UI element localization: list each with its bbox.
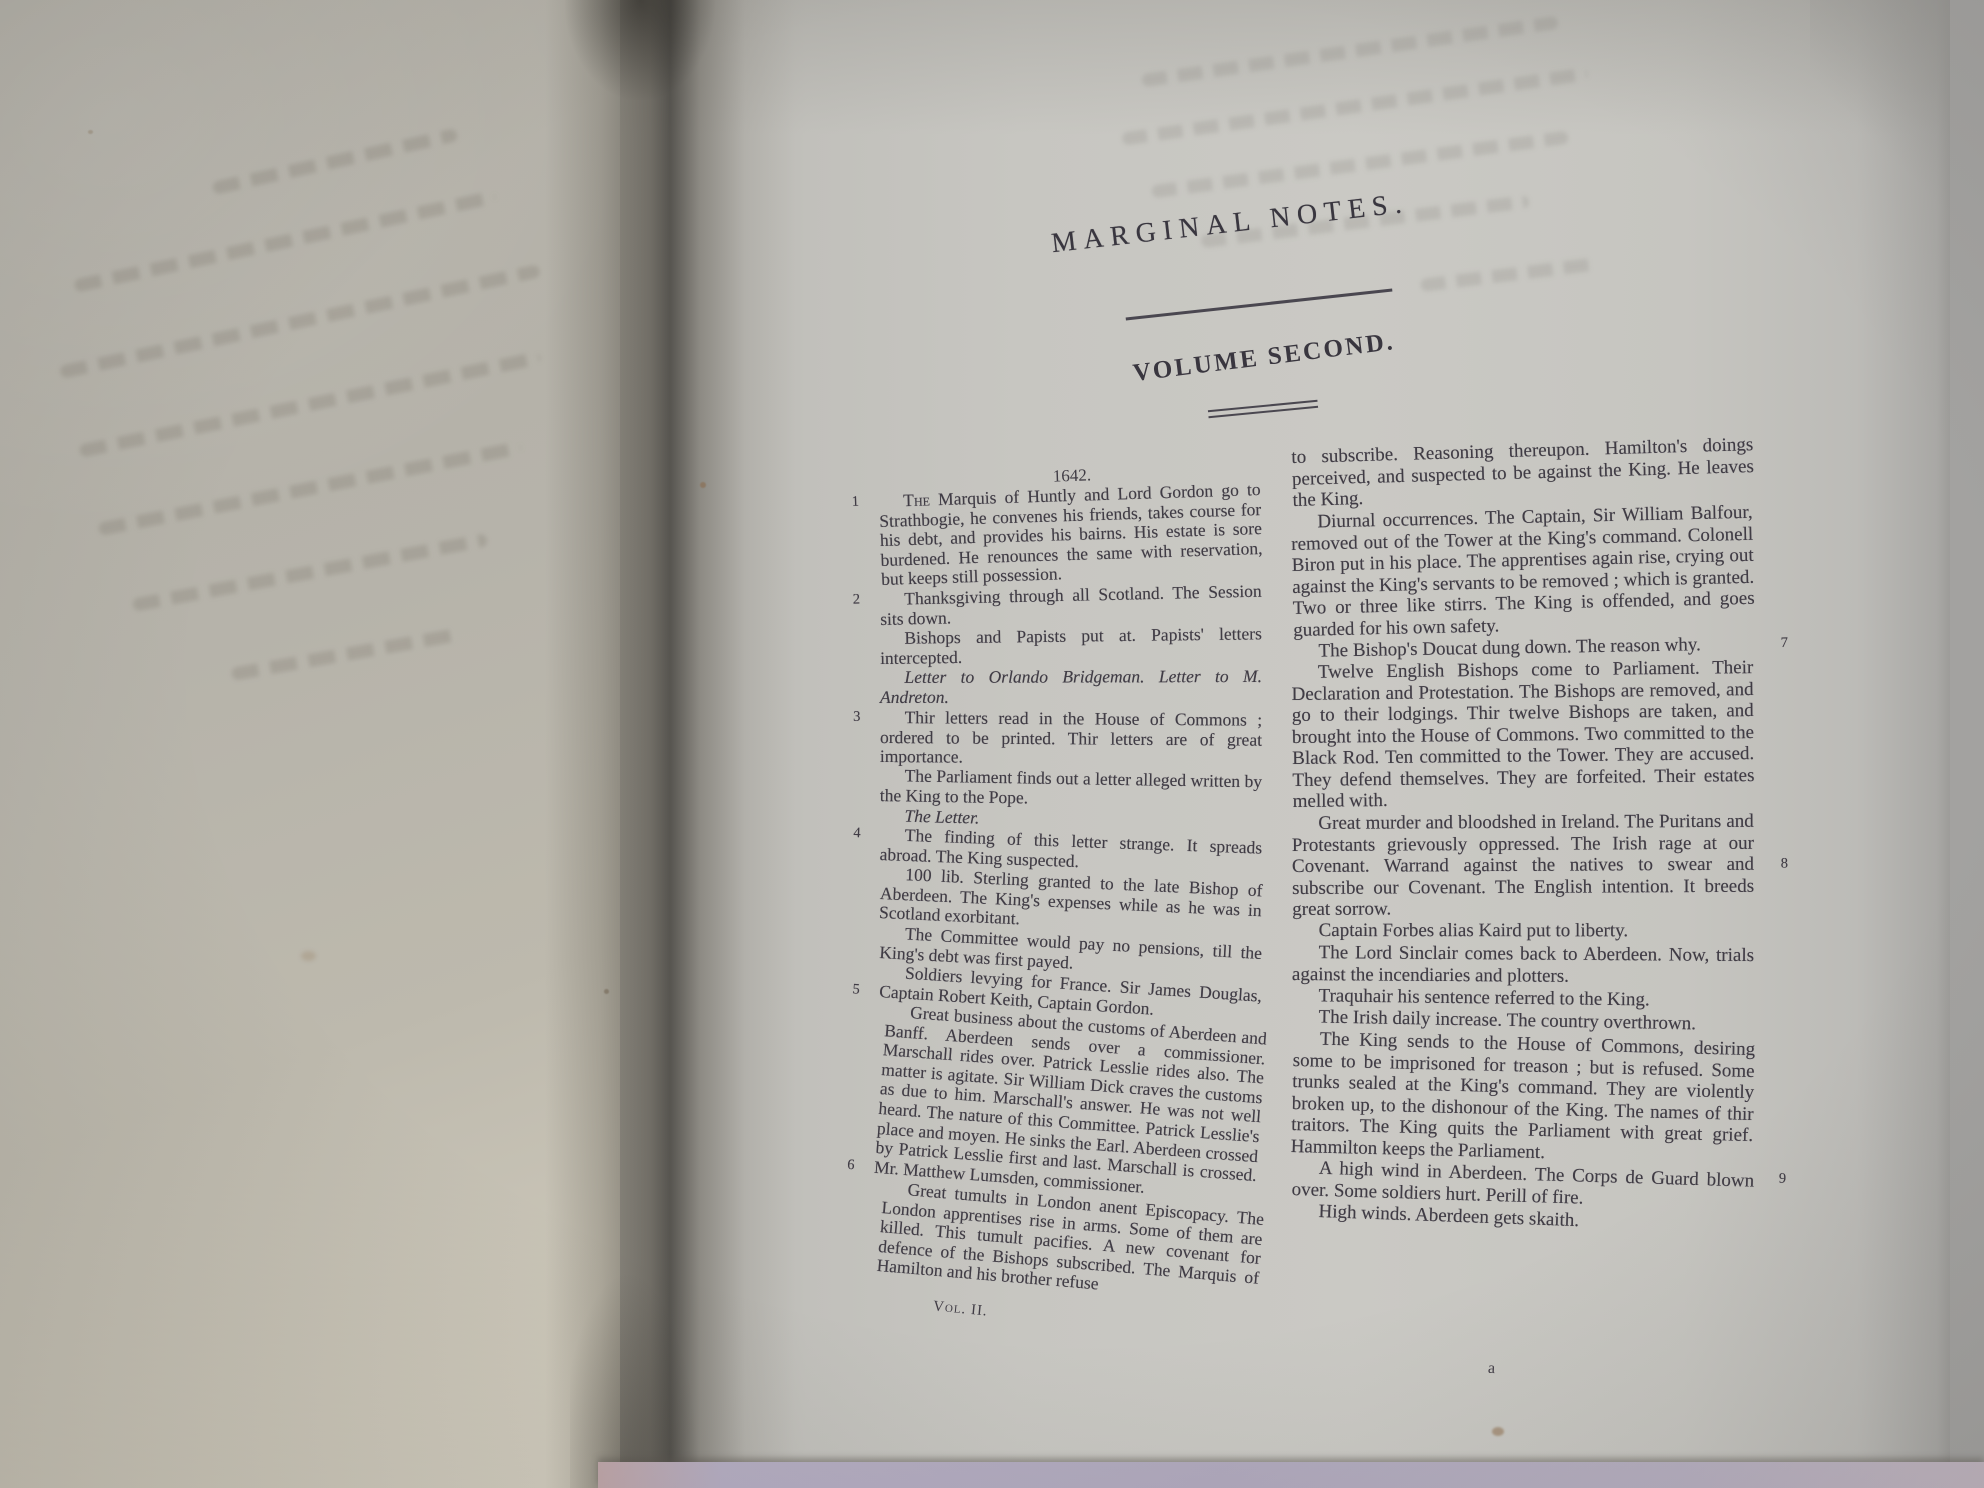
foxing-spot [301, 951, 316, 961]
note-paragraph: The Marquis of Huntly and Lord Gordon go… [878, 480, 1263, 590]
note-paragraph: Bishops and Papists put at. Papists' let… [880, 624, 1262, 668]
note-paragraph: Letter to Orlando Bridgeman. Letter to M… [880, 667, 1262, 707]
margin-number: 6 [847, 1156, 856, 1176]
showthrough-text [231, 628, 460, 681]
left-column: The Marquis of Huntly and Lord Gordon go… [880, 492, 1262, 1276]
showthrough-text [132, 533, 488, 611]
page-corner-shade [1810, 0, 1950, 210]
showthrough-text [78, 351, 541, 457]
showthrough-text [59, 264, 541, 379]
book-gutter [545, 0, 795, 1488]
margin-number: 2 [853, 590, 861, 610]
margin-number: 5 [852, 980, 860, 1000]
showthrough-text [212, 128, 459, 195]
showthrough-text [1151, 131, 1569, 199]
left-page [0, 0, 625, 1488]
note-paragraph: The Parliament finds out a letter allege… [880, 766, 1263, 812]
desk-edge-strip [598, 1462, 1984, 1488]
note-paragraph: Twelve English Bishops come to Parliamen… [1291, 657, 1755, 812]
lead-word: The [903, 489, 930, 510]
showthrough-text [73, 190, 496, 292]
margin-number: 9 [1779, 1168, 1787, 1190]
showthrough-text [1420, 257, 1600, 292]
gutter-top-shadow [565, 0, 715, 100]
note-paragraph: The King sends to the House of Commons, … [1290, 1028, 1755, 1168]
margin-number: 3 [853, 707, 860, 727]
signature-mark: a [1488, 1360, 1496, 1378]
margin-number: 1 [851, 493, 859, 513]
gutter-bottom-shadow [570, 1270, 700, 1488]
note-paragraph: Thir letters read in the House of Common… [880, 708, 1262, 769]
note-paragraph: Captain Forbes alias Kaird put to libert… [1292, 920, 1754, 942]
showthrough-text [1141, 16, 1559, 87]
book-photo: MARGINAL NOTES. VOLUME SECOND. 1642. The… [0, 0, 1984, 1488]
note-paragraph: Great business about the customs of Aber… [873, 1002, 1267, 1206]
showthrough-text [98, 441, 523, 536]
margin-number: 8 [1781, 853, 1788, 875]
margin-number: 7 [1781, 632, 1789, 654]
foxing-spot [1492, 1427, 1504, 1436]
note-paragraph: Great murder and bloodshed in Ireland. T… [1292, 810, 1755, 920]
note-paragraph: to subscribe. Reasoning thereupon. Hamil… [1291, 434, 1755, 511]
note-paragraph: Diurnal occurrences. The Captain, Sir Wi… [1291, 501, 1756, 640]
foxing-spot [604, 989, 609, 994]
note-paragraph: Thanksgiving through all Scotland. The S… [880, 582, 1263, 630]
margin-number: 4 [853, 824, 861, 844]
foxing-spot [700, 482, 706, 488]
foxing-spot [88, 130, 93, 134]
note-paragraph: The Lord Sinclair comes back to Aberdeen… [1292, 942, 1754, 988]
right-column: to subscribe. Reasoning thereupon. Hamil… [1292, 447, 1754, 1221]
